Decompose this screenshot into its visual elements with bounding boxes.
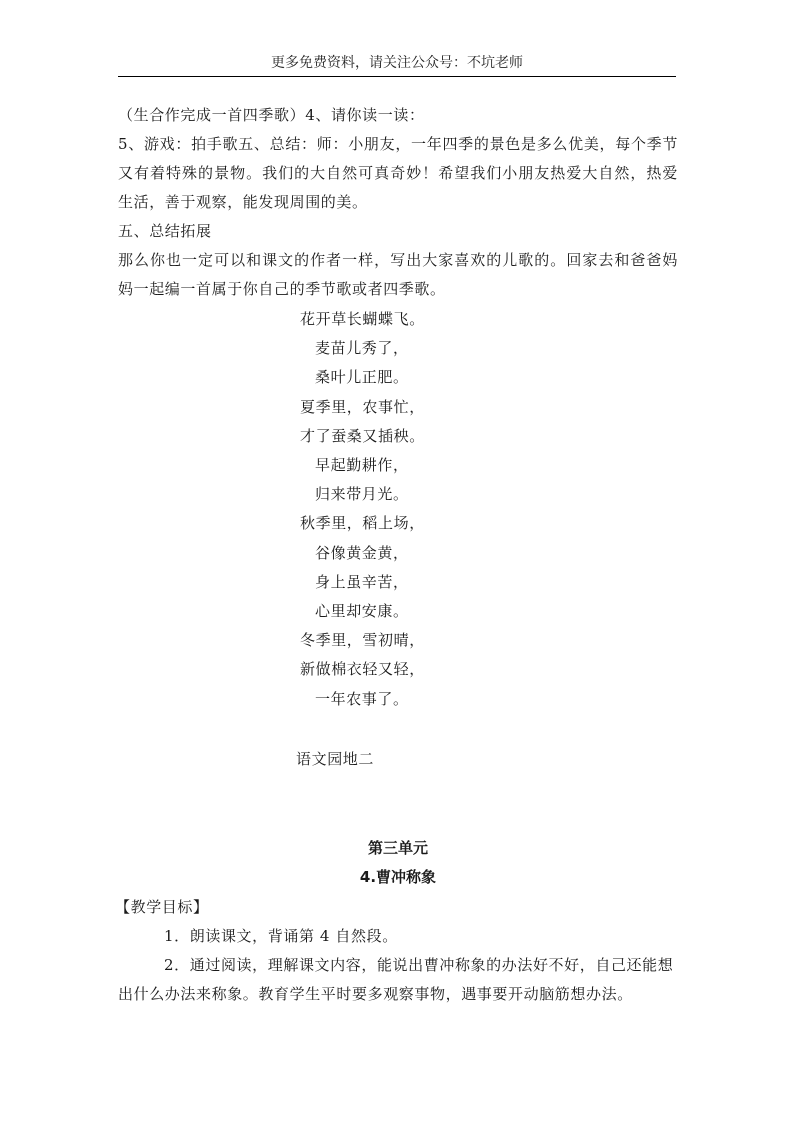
- paragraph-summary: 5、游戏：拍手歌五、总结：师：小朋友，一年四季的景色是多么优美，每个季节又有着特…: [118, 130, 678, 217]
- paragraph-extension: 那么你也一定可以和课文的作者一样，写出大家喜欢的儿歌的。回家去和爸爸妈妈一起编一…: [118, 246, 678, 304]
- poem-block: 花开草长蝴蝶飞。 麦苗儿秀了， 桑叶儿正肥。 夏季里，农事忙， 才了蚕桑又插秧。…: [300, 305, 500, 714]
- goals-heading: 【教学目标】: [115, 893, 678, 922]
- subsection-title: 语文园地二: [296, 747, 374, 771]
- poem-line: 心里却安康。: [300, 597, 500, 626]
- teaching-goals: 【教学目标】 1．朗读课文，背诵第 4 自然段。 2．通过阅读，理解课文内容，能…: [118, 893, 678, 1009]
- poem-line: 麦苗儿秀了，: [300, 334, 500, 363]
- poem-line: 早起勤耕作，: [300, 451, 500, 480]
- poem-line: 才了蚕桑又插秧。: [300, 422, 500, 451]
- paragraph-activity: （生合作完成一首四季歌）4、请你读一读：: [118, 101, 678, 130]
- poem-line: 秋季里，稻上场，: [300, 509, 500, 538]
- poem-line: 桑叶儿正肥。: [300, 363, 500, 392]
- goal-item: 2．通过阅读，理解课文内容，能说出曹冲称象的办法好不好，自己还能想出什么办法来称…: [118, 951, 678, 1009]
- poem-line: 新做棉衣轻又轻，: [300, 655, 500, 684]
- poem-line: 一年农事了。: [300, 685, 500, 714]
- poem-line: 花开草长蝴蝶飞。: [300, 305, 500, 334]
- poem-line: 夏季里，农事忙，: [300, 393, 500, 422]
- goal-item: 1．朗读课文，背诵第 4 自然段。: [118, 922, 678, 951]
- poem-line: 身上虽辛苦，: [300, 568, 500, 597]
- header-divider: [118, 76, 676, 77]
- unit-title: 第三单元: [118, 836, 678, 860]
- poem-line: 谷像黄金黄，: [300, 539, 500, 568]
- poem-line: 归来带月光。: [300, 480, 500, 509]
- body-content: （生合作完成一首四季歌）4、请你读一读： 5、游戏：拍手歌五、总结：师：小朋友，…: [118, 101, 678, 304]
- section-heading-extension: 五、总结拓展: [118, 217, 678, 246]
- poem-line: 冬季里，雪初晴，: [300, 626, 500, 655]
- lesson-title: 4.曹冲称象: [118, 865, 678, 889]
- page-header: 更多免费资料，请关注公众号：不坑老师: [118, 52, 676, 74]
